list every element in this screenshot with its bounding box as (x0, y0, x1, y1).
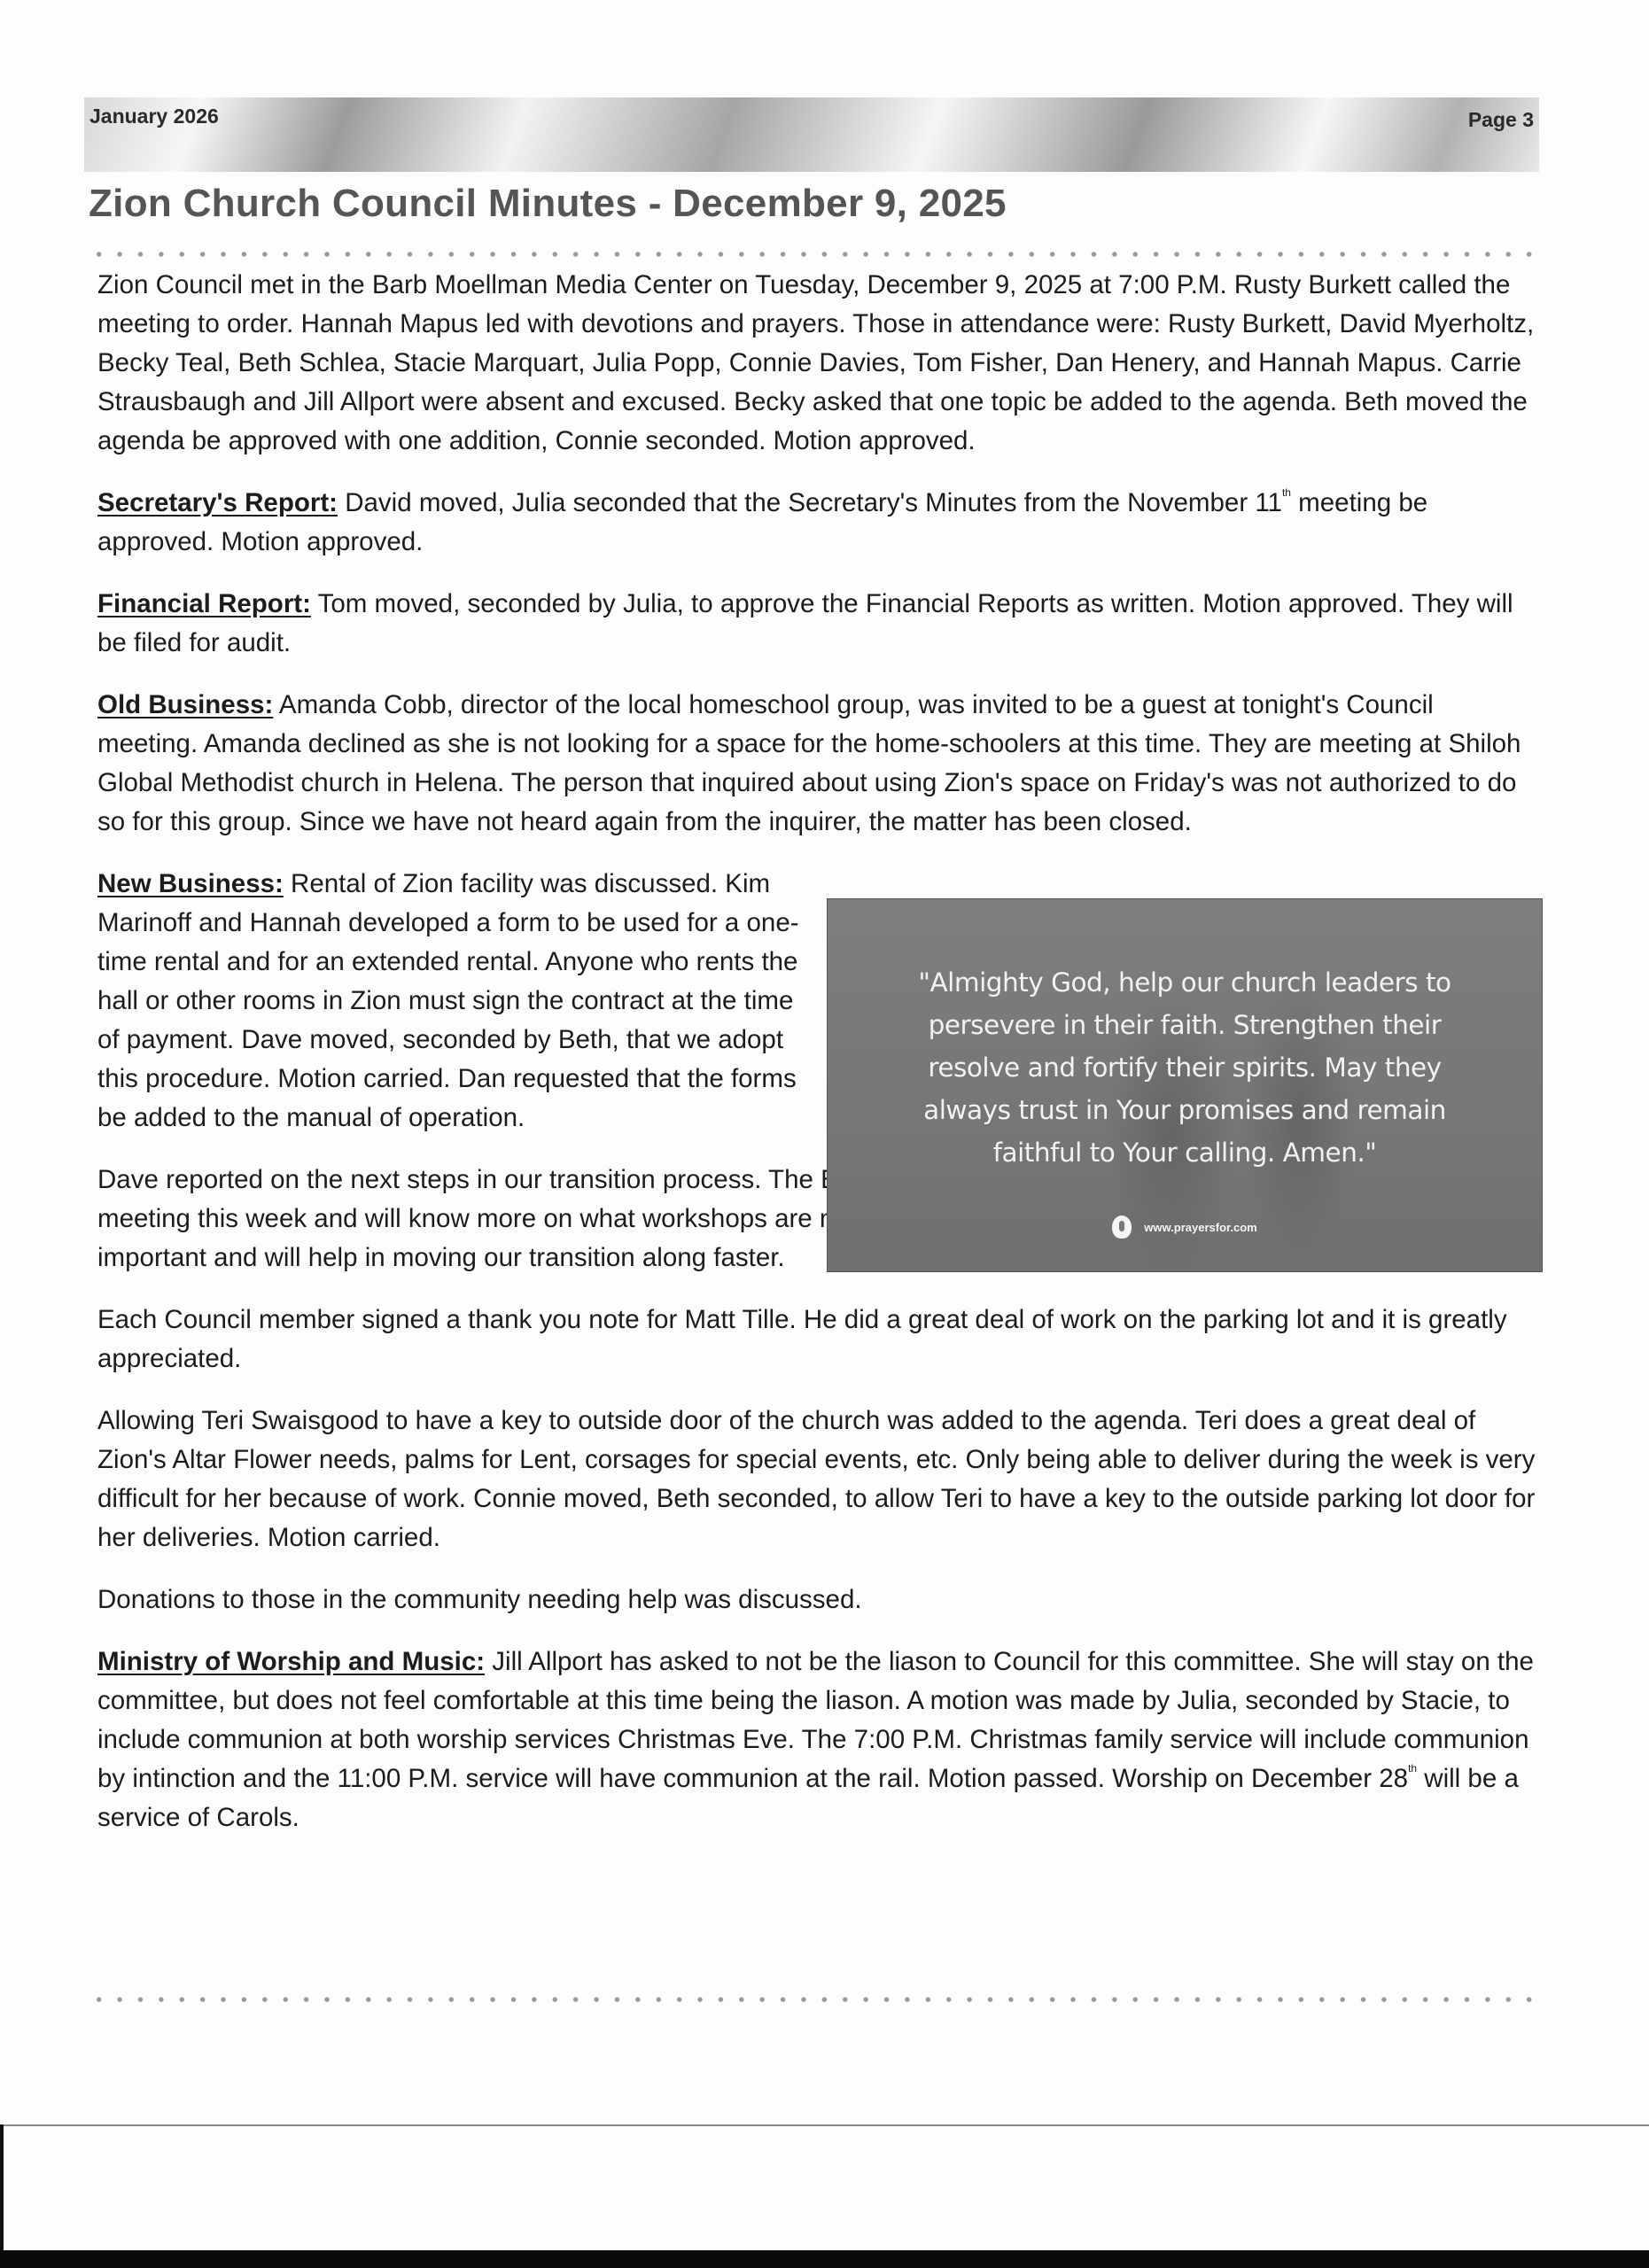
old-business-heading: Old Business: (97, 690, 273, 719)
worship-music: Ministry of Worship and Music: Jill Allp… (97, 1643, 1542, 1837)
new-business-heading: New Business: (97, 869, 284, 898)
thank-you-paragraph: Each Council member signed a thank you n… (97, 1301, 1542, 1379)
prayer-credit: www.prayersfor.com (828, 1216, 1542, 1239)
praying-figure-icon (1112, 1216, 1132, 1239)
worship-music-heading: Ministry of Worship and Music: (97, 1647, 485, 1676)
new-business: New Business: Rental of Zion facility wa… (97, 865, 806, 1138)
prayer-image: "Almighty God, help our church leaders t… (827, 898, 1543, 1272)
donations-paragraph: Donations to those in the community need… (97, 1581, 1542, 1619)
newsletter-page: January 2026 Page 3 Zion Church Council … (0, 0, 1649, 2268)
ordinal-suffix: th (1282, 486, 1291, 499)
page-title: Zion Church Council Minutes - December 9… (89, 182, 1007, 226)
financial-report-heading: Financial Report: (97, 589, 311, 618)
secretary-report-text: David moved, Julia seconded that the Sec… (338, 488, 1282, 517)
secretary-report-heading: Secretary's Report: (97, 488, 338, 517)
scan-edge-line (0, 2124, 1649, 2126)
page-header-band: January 2026 Page 3 (84, 97, 1539, 172)
intro-paragraph: Zion Council met in the Barb Moellman Me… (97, 266, 1542, 461)
dotted-divider-top (89, 251, 1542, 258)
key-access-paragraph: Allowing Teri Swaisgood to have a key to… (97, 1402, 1542, 1557)
secretary-report: Secretary's Report: David moved, Julia s… (97, 484, 1542, 562)
ordinal-suffix: th (1408, 1762, 1417, 1775)
old-business: Old Business: Amanda Cobb, director of t… (97, 686, 1542, 842)
page-number: Page 3 (1468, 108, 1534, 132)
prayer-quote: "Almighty God, help our church leaders t… (881, 961, 1489, 1174)
issue-date: January 2026 (89, 105, 219, 128)
old-business-text: Amanda Cobb, director of the local homes… (97, 690, 1521, 836)
scan-edge-bottom (0, 2250, 1649, 2268)
prayer-credit-url: www.prayersfor.com (1144, 1221, 1256, 1234)
financial-report: Financial Report: Tom moved, seconded by… (97, 585, 1542, 663)
scan-edge-left (0, 2124, 4, 2268)
dotted-divider-bottom (89, 1996, 1542, 2003)
new-business-text: Rental of Zion facility was discussed. K… (97, 869, 799, 1132)
